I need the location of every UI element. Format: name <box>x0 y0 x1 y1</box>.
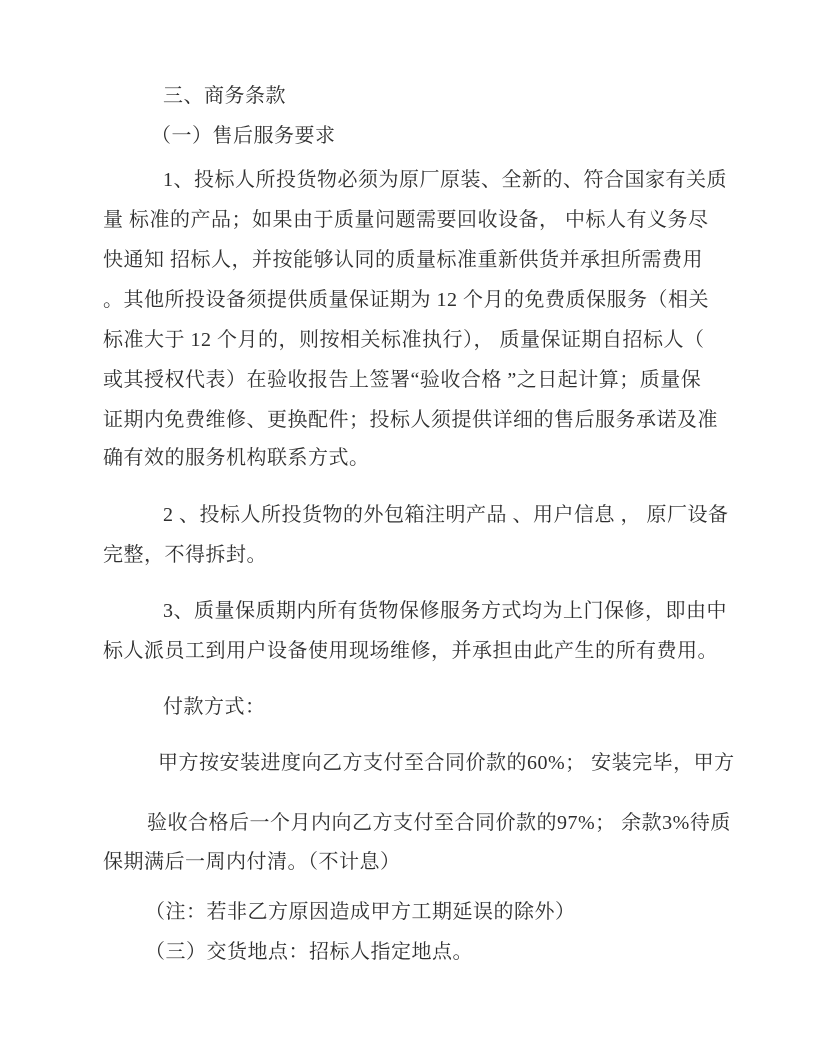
clause-1-line-2: 量 标准的产品；如果由于质量问题需要回收设备， 中标人有义务尽 <box>103 200 709 240</box>
payment-line-1: 甲方按安装进度向乙方支付至合同价款的60%； 安装完毕，甲方 <box>158 743 735 783</box>
clause-1-line-1: 1、投标人所投货物必须为原厂原装、全新的、符合国家有关质 <box>163 160 727 200</box>
payment-method-heading: 付款方式： <box>163 687 266 727</box>
delivery-location-line: （三）交货地点：招标人指定地点。 <box>145 932 473 972</box>
clause-1-line-8: 确有效的服务机构联系方式。 <box>103 438 370 478</box>
subsection-heading: （一）售后服务要求 <box>151 116 336 156</box>
payment-line-3: 保期满后一周内付清。（不计息） <box>103 842 401 882</box>
payment-line-2: 验收合格后一个月内向乙方支付至合同价款的97%； 余款3%待质 <box>147 803 731 843</box>
clause-1-line-4: 。其他所投设备须提供质量保证期为 12 个月的免费质保服务（相关 <box>103 280 709 320</box>
clause-1-line-3: 快通知 招标人，并按能够认同的质量标准重新供货并承担所需费用 <box>103 240 703 280</box>
clause-1-line-5: 标准大于 12 个月的，则按相关标准执行）， 质量保证期自招标人（ <box>103 320 705 360</box>
section-heading: 三、商务条款 <box>163 76 286 116</box>
payment-note-line: （注：若非乙方原因造成甲方工期延误的除外） <box>145 892 576 932</box>
document-page: 三、商务条款 （一）售后服务要求 1、投标人所投货物必须为原厂原装、全新的、符合… <box>0 0 815 1055</box>
clause-1-line-6: 或其授权代表）在验收报告上签署“验收合格 ”之日起计算；质量保 <box>103 360 701 400</box>
clause-1-line-7: 证期内免费维修、更换配件；投标人须提供详细的售后服务承诺及准 <box>103 400 718 440</box>
clause-3-line-1: 3、质量保质期内所有货物保修服务方式均为上门保修，即由中 <box>163 591 727 631</box>
clause-3-line-2: 标人派员工到用户设备使用现场维修，并承担由此产生的所有费用。 <box>103 631 718 671</box>
clause-2-line-1: 2 、投标人所投货物的外包箱注明产品 、用户信息 ， 原厂设备 <box>163 495 729 535</box>
clause-2-line-2: 完整，不得拆封。 <box>103 535 267 575</box>
